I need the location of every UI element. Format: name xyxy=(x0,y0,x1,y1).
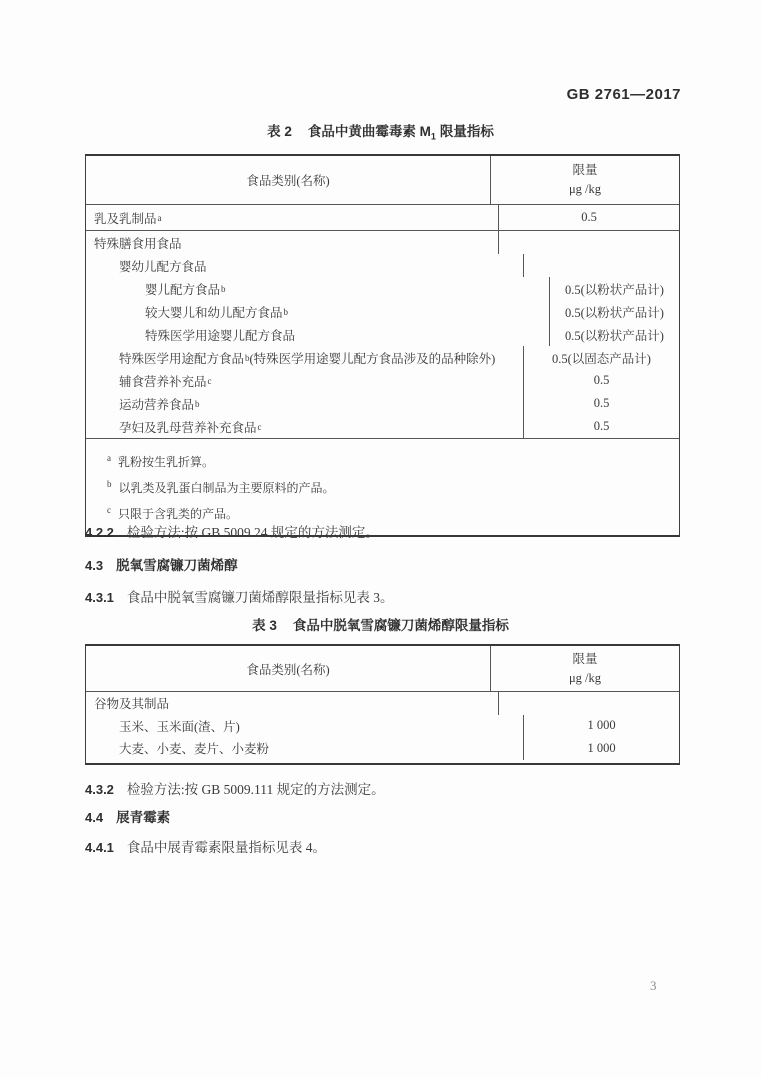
food-category-cell: 玉米、玉米面(渣、片) xyxy=(86,715,523,738)
food-category-cell: 运动营养食品b xyxy=(86,392,523,415)
table-row: 玉米、玉米面(渣、片)1 000 xyxy=(86,715,679,738)
table2-title-suffix: 限量指标 xyxy=(440,124,494,139)
food-category-cell: 特殊医学用途配方食品b(特殊医学用途婴儿配方食品涉及的品种除外) xyxy=(86,346,523,369)
footnote: b以乳类及乳蛋白制品为主要原料的产品。 xyxy=(107,473,669,499)
clause-4-4-1: 4.4.1食品中展青霉素限量指标见表 4。 xyxy=(85,836,326,856)
table2-group-rows: 特殊膳食用食品婴幼儿配方食品婴儿配方食品b0.5(以粉状产品计)较大婴儿和幼儿配… xyxy=(86,231,679,439)
table-row: 特殊医学用途婴儿配方食品0.5(以粉状产品计) xyxy=(86,323,679,346)
food-category-cell: 特殊膳食用食品 xyxy=(86,231,498,254)
clause-4-3-1: 4.3.1食品中脱氧雪腐镰刀菌烯醇限量指标见表 3。 xyxy=(85,586,394,606)
table2-header-row: 食品类别(名称) 限量 μg /kg xyxy=(86,156,679,205)
standard-document-page: GB 2761—2017 表 2食品中黄曲霉毒素 M1限量指标 食品类别(名称)… xyxy=(0,0,761,1079)
food-category-cell: 婴儿配方食品b xyxy=(86,277,549,300)
food-category-cell: 大麦、小麦、麦片、小麦粉 xyxy=(86,737,523,760)
table2-title-subscript: 1 xyxy=(431,132,436,142)
page-number: 3 xyxy=(650,978,657,994)
limit-value-cell: 1 000 xyxy=(523,737,679,760)
food-category-cell: 谷物及其制品 xyxy=(86,692,498,715)
limit-value-cell: 0.5 xyxy=(523,415,679,438)
table2-header-category: 食品类别(名称) xyxy=(86,156,490,204)
footnote-text: 以乳类及乳蛋白制品为主要原料的产品。 xyxy=(119,481,335,495)
table2-aflatoxin-m1-limits: 食品类别(名称) 限量 μg /kg 乳及乳制品a0.5 特殊膳食用食品婴幼儿配… xyxy=(85,154,680,537)
footnote-marker: a xyxy=(107,453,111,463)
clause-4-2-2: 4.2.2检验方法:按 GB 5009.24 规定的方法测定。 xyxy=(85,521,379,541)
table2-title: 表 2食品中黄曲霉毒素 M1限量指标 xyxy=(0,120,761,142)
table-row: 大麦、小麦、麦片、小麦粉1 000 xyxy=(86,737,679,760)
limit-value-cell: 0.5(以固态产品计) xyxy=(523,346,679,369)
clause-4-4-heading: 4.4展青霉素 xyxy=(85,806,170,826)
table2-title-main: 食品中黄曲霉毒素 M xyxy=(308,124,431,139)
food-category-cell: 辅食营养补充品c xyxy=(86,369,523,392)
food-category-cell: 乳及乳制品a xyxy=(86,205,498,230)
table3-title-prefix: 表 3 xyxy=(252,618,277,633)
doc-number: GB 2761—2017 xyxy=(567,86,681,103)
limit-value-cell: 0.5(以粉状产品计) xyxy=(549,300,679,323)
footnote-text: 乳粉按生乳折算。 xyxy=(118,455,214,469)
table-row: 婴幼儿配方食品 xyxy=(86,254,679,277)
limit-value-cell: 1 000 xyxy=(523,715,679,738)
footnote-marker: c xyxy=(107,505,111,515)
table3-header-limit: 限量 μg /kg xyxy=(490,646,679,691)
limit-value-cell: 0.5(以粉状产品计) xyxy=(549,323,679,346)
footnote-text: 只限于含乳类的产品。 xyxy=(118,507,238,521)
table2-first-row: 乳及乳制品a0.5 xyxy=(86,205,679,231)
table-row: 特殊膳食用食品 xyxy=(86,231,679,254)
table-row: 运动营养食品b0.5 xyxy=(86,392,679,415)
table3-group-rows: 谷物及其制品玉米、玉米面(渣、片)1 000大麦、小麦、麦片、小麦粉1 000 xyxy=(86,692,679,763)
table3-title-main: 食品中脱氧雪腐镰刀菌烯醇限量指标 xyxy=(293,618,509,633)
food-category-cell: 特殊医学用途婴儿配方食品 xyxy=(86,323,549,346)
clause-4-3-heading: 4.3脱氧雪腐镰刀菌烯醇 xyxy=(85,554,238,574)
limit-value-cell: 0.5 xyxy=(523,369,679,392)
footnote-marker: b xyxy=(107,479,112,489)
table-row: 婴儿配方食品b0.5(以粉状产品计) xyxy=(86,277,679,300)
limit-value-cell: 0.5(以粉状产品计) xyxy=(549,277,679,300)
table3-header-category: 食品类别(名称) xyxy=(86,646,490,691)
footnote: a乳粉按生乳折算。 xyxy=(107,447,669,473)
table-row: 孕妇及乳母营养补充食品c0.5 xyxy=(86,415,679,438)
table-row: 乳及乳制品a0.5 xyxy=(86,205,679,231)
food-category-cell: 婴幼儿配方食品 xyxy=(86,254,523,277)
table-row: 辅食营养补充品c0.5 xyxy=(86,369,679,392)
clause-4-3-2: 4.3.2检验方法:按 GB 5009.111 规定的方法测定。 xyxy=(85,778,385,798)
food-category-cell: 较大婴儿和幼儿配方食品b xyxy=(86,300,549,323)
table3-deoxynivalenol-limits: 食品类别(名称) 限量 μg /kg 谷物及其制品玉米、玉米面(渣、片)1 00… xyxy=(85,644,680,765)
table3-title: 表 3食品中脱氧雪腐镰刀菌烯醇限量指标 xyxy=(0,614,761,634)
table2-header-limit: 限量 μg /kg xyxy=(490,156,679,204)
limit-value-cell xyxy=(523,254,679,277)
table-row: 较大婴儿和幼儿配方食品b0.5(以粉状产品计) xyxy=(86,300,679,323)
limit-value-cell: 0.5 xyxy=(523,392,679,415)
limit-value-cell xyxy=(498,692,679,715)
table3-header-row: 食品类别(名称) 限量 μg /kg xyxy=(86,646,679,692)
table2-title-prefix: 表 2 xyxy=(267,124,292,139)
food-category-cell: 孕妇及乳母营养补充食品c xyxy=(86,415,523,438)
limit-value-cell xyxy=(498,231,679,254)
table-row: 谷物及其制品 xyxy=(86,692,679,715)
limit-value-cell: 0.5 xyxy=(498,205,679,230)
table-row: 特殊医学用途配方食品b(特殊医学用途婴儿配方食品涉及的品种除外)0.5(以固态产… xyxy=(86,346,679,369)
